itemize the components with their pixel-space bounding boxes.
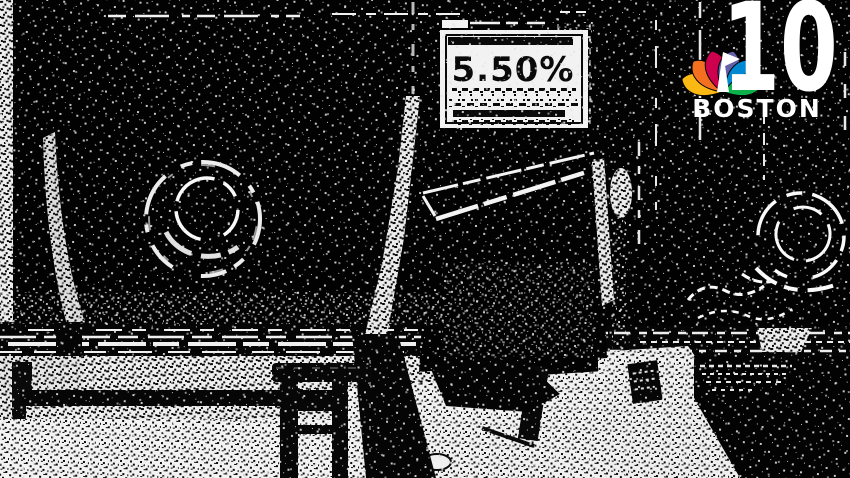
dust-speckles bbox=[0, 292, 444, 324]
logo-city: BOSTON bbox=[692, 94, 822, 123]
broadcast-frame: 5.50% 10 BOSTON bbox=[0, 0, 850, 478]
dithered-scene: 5.50% 10 BOSTON bbox=[0, 0, 850, 478]
